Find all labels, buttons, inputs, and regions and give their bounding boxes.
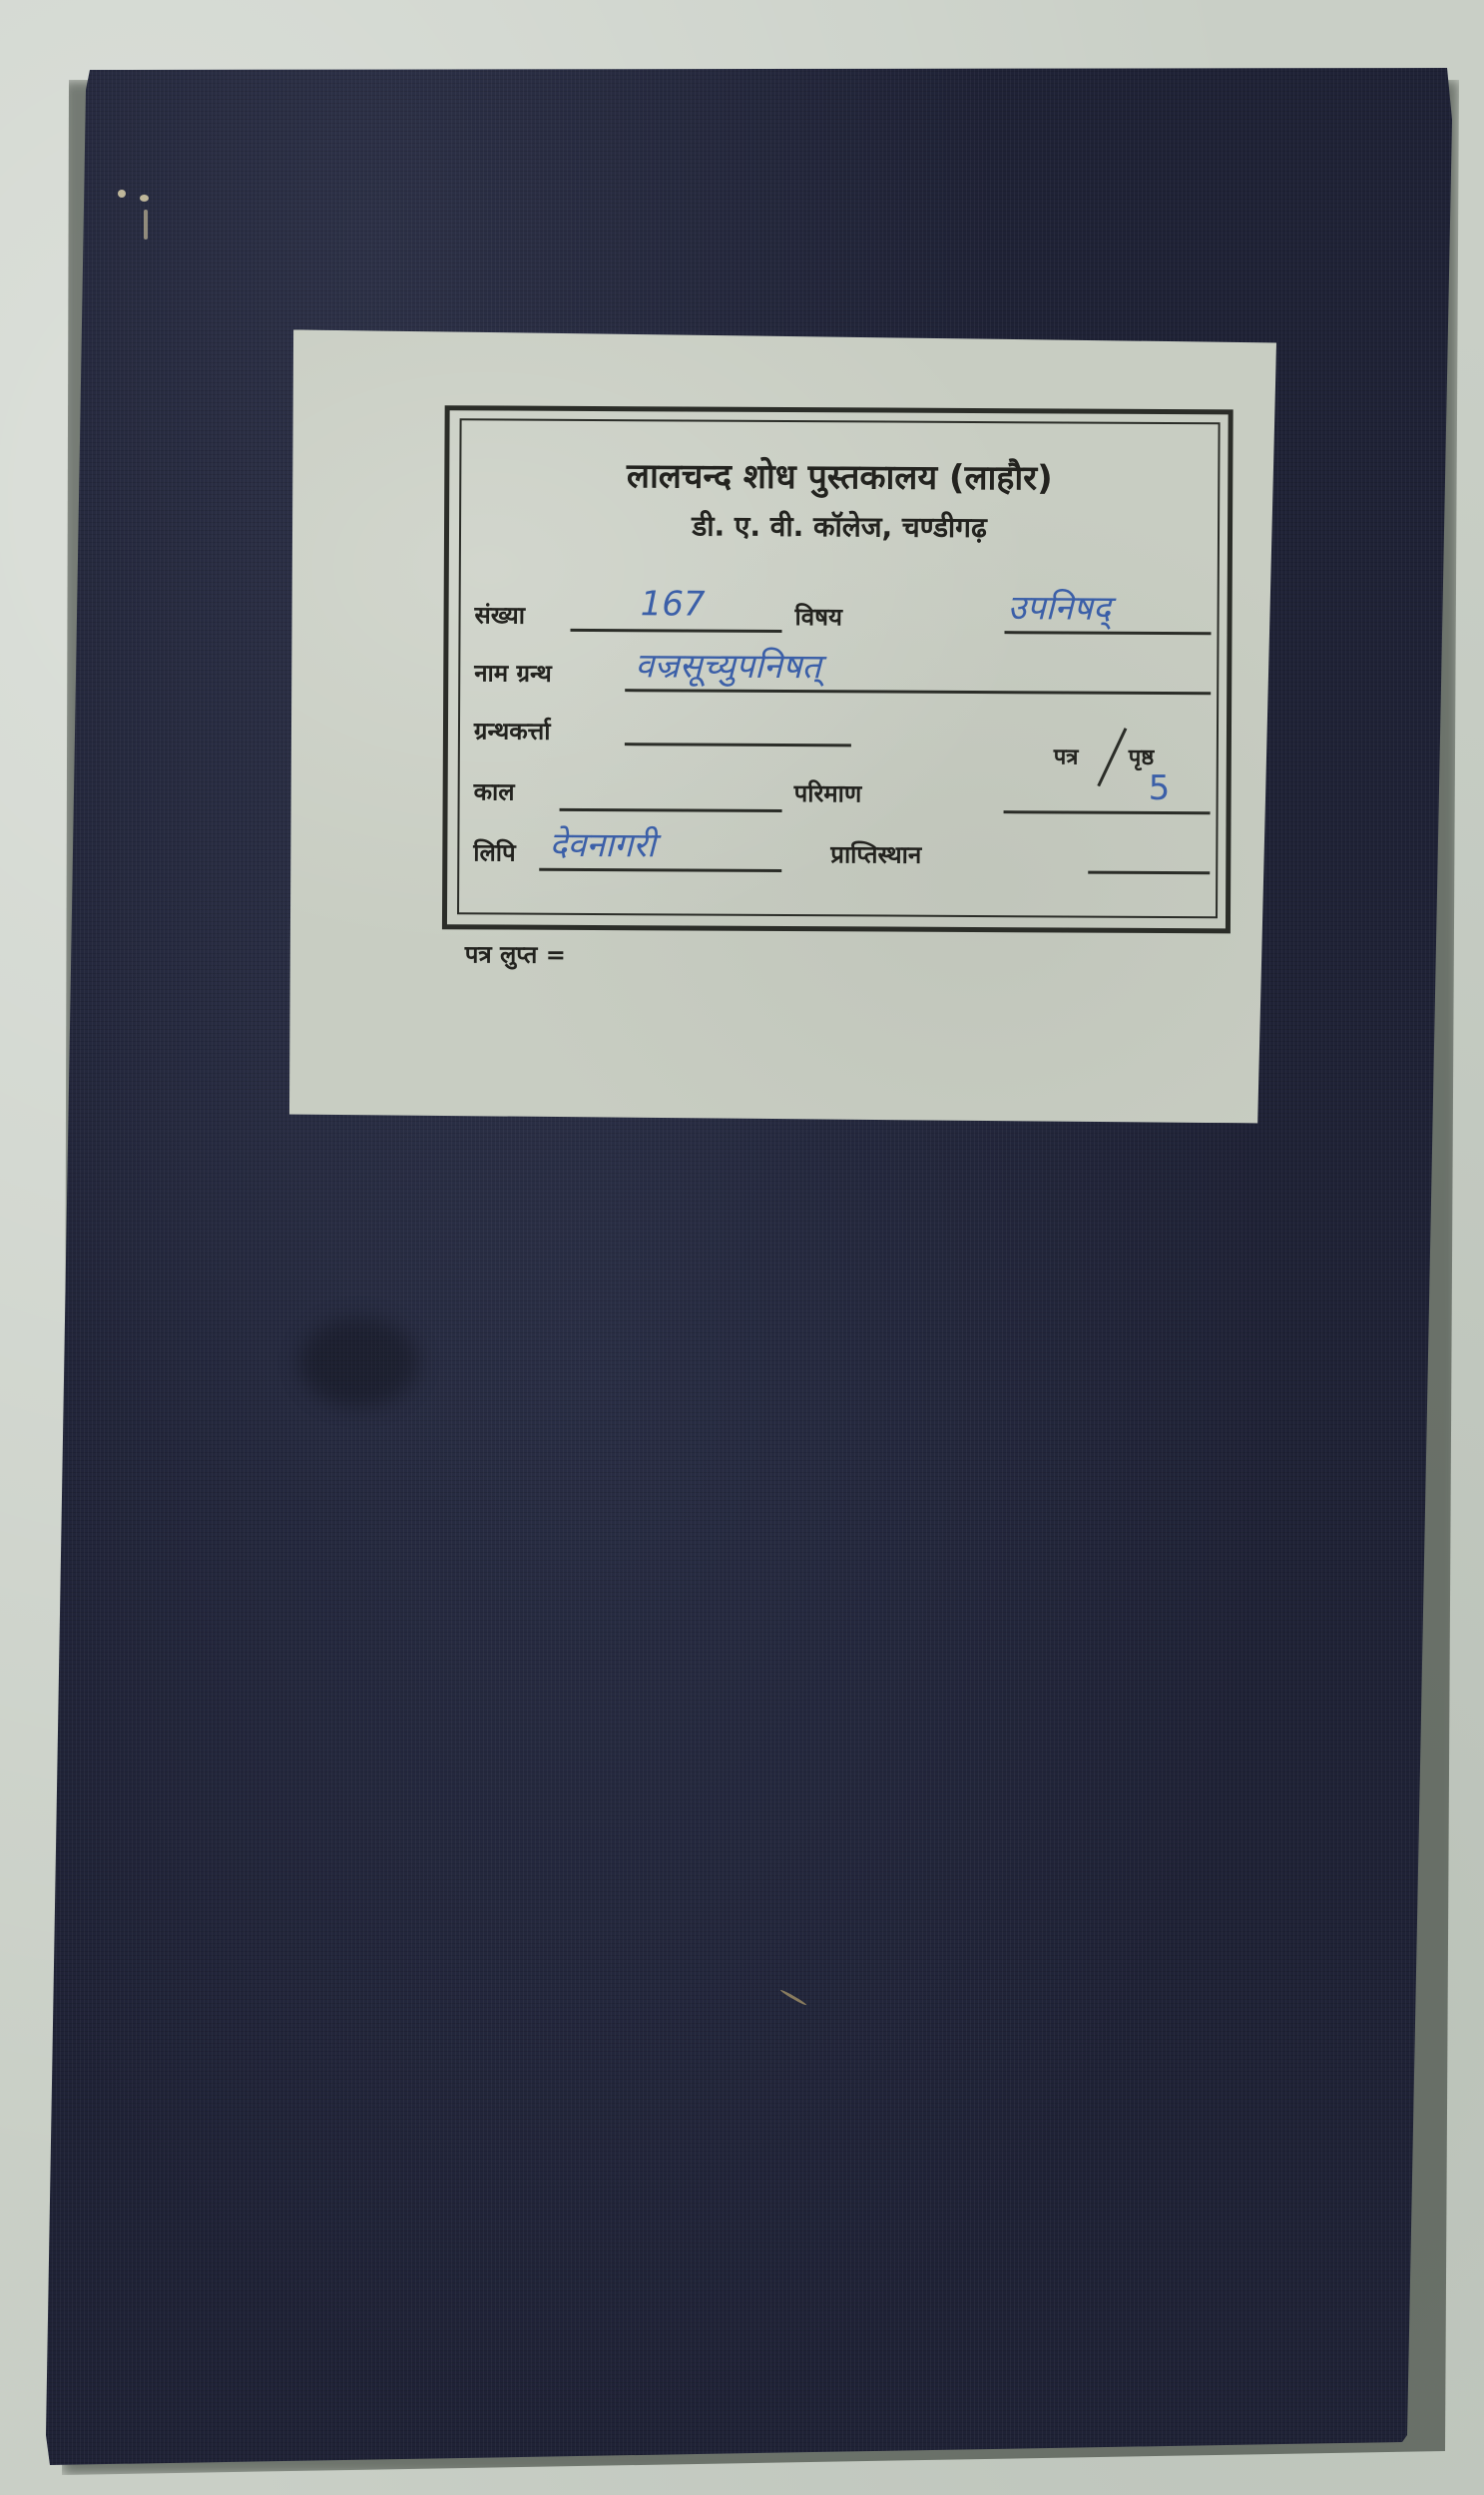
- author-line: [625, 743, 851, 747]
- number-label: संख्या: [474, 598, 525, 631]
- stain-mark: [299, 1317, 419, 1407]
- page-label: पृष्ठ: [1129, 742, 1155, 771]
- script-label: लिपि: [473, 835, 516, 868]
- library-title: लालचन्द शोध पुस्तकालय (लाहौर): [461, 450, 1218, 500]
- dust-speck: [140, 195, 149, 202]
- extent-value: 5: [1149, 768, 1171, 808]
- number-value: 167: [641, 584, 706, 624]
- label-frame: लालचन्द शोध पुस्तकालय (लाहौर) डी. ए. वी.…: [442, 405, 1234, 933]
- extent-line: [1004, 810, 1211, 814]
- dust-speck: [118, 190, 126, 198]
- title-name-line: [625, 689, 1211, 695]
- dust-speck: [144, 210, 148, 240]
- college-subtitle: डी. ए. वी. कॉलेज, चण्डीगढ़: [461, 505, 1218, 547]
- extent-label: परिमाण: [794, 776, 862, 809]
- period-line: [560, 808, 782, 812]
- thread-mark: [779, 1989, 806, 2007]
- book-cover: लालचन्द शोध पुस्तकालय (लाहौर) डी. ए. वी.…: [0, 0, 1484, 2495]
- folio-page-divider: [1097, 728, 1127, 786]
- subject-value: उपनिषद्: [1008, 583, 1112, 630]
- source-place-label: प्राप्तिस्थान: [830, 837, 921, 870]
- script-line: [539, 868, 781, 872]
- folio-label: पत्र: [1054, 741, 1079, 770]
- title-name-value: वज्रसूच्युपनिषत्: [635, 641, 821, 688]
- label-inner-frame: लालचन्द शोध पुस्तकालय (लाहौर) डी. ए. वी.…: [457, 418, 1221, 918]
- period-label: काल: [474, 774, 515, 807]
- catalog-label: लालचन्द शोध पुस्तकालय (लाहौर) डी. ए. वी.…: [289, 329, 1276, 1123]
- subject-line: [1004, 631, 1211, 635]
- title-name-label: नाम ग्रन्थ: [474, 656, 552, 689]
- script-value: देवनागरी: [549, 820, 656, 867]
- number-line: [570, 629, 781, 633]
- subject-label: विषय: [794, 600, 842, 633]
- author-label: ग्रन्थकर्त्ता: [474, 714, 551, 747]
- missing-leaves-label: पत्र लुप्त =: [465, 937, 566, 971]
- source-place-line: [1088, 871, 1210, 875]
